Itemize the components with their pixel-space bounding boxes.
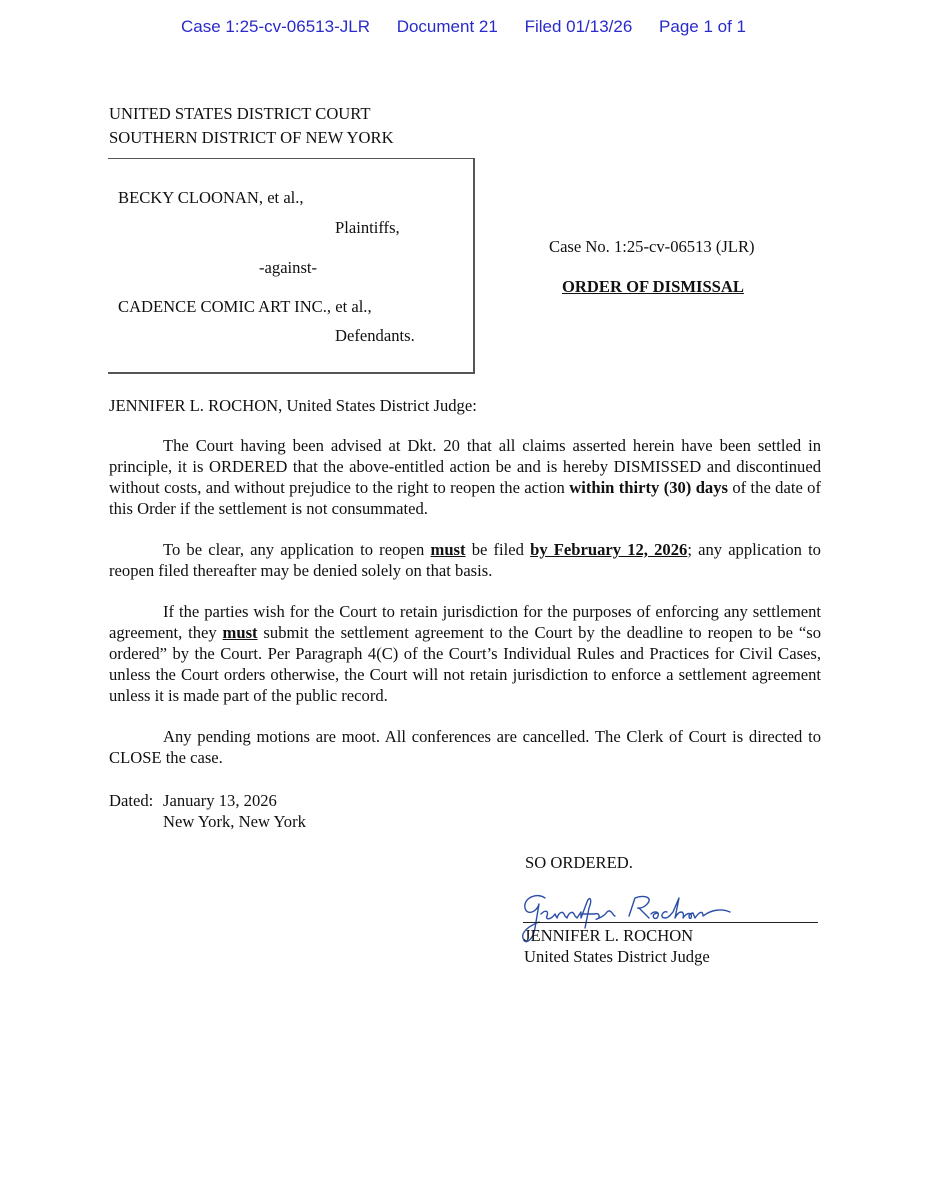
paragraph-reopen-deadline: To be clear, any application to reopen m…	[109, 539, 821, 581]
case-number: Case No. 1:25-cv-06513 (JLR)	[549, 236, 755, 257]
judge-name: JENNIFER L. ROCHON	[524, 925, 693, 946]
so-ordered: SO ORDERED.	[525, 852, 633, 873]
paragraph-closing: Any pending motions are moot. All confer…	[109, 726, 821, 768]
plaintiff-name: BECKY CLOONAN, et al.,	[118, 187, 304, 208]
judge-title: United States District Judge	[524, 946, 710, 967]
plaintiff-role: Plaintiffs,	[335, 217, 400, 238]
document-title: ORDER OF DISMISSAL	[562, 276, 744, 297]
document-number-header: Document 21	[397, 17, 498, 36]
caption-box-top-border	[108, 158, 475, 159]
must-emphasis: must	[223, 623, 258, 642]
paragraph-jurisdiction: If the parties wish for the Court to ret…	[109, 601, 821, 706]
defendant-role: Defendants.	[335, 325, 415, 346]
court-name-line1: UNITED STATES DISTRICT COURT	[109, 103, 371, 124]
filed-date-header: Filed 01/13/26	[525, 17, 633, 36]
dated-date: January 13, 2026	[163, 790, 277, 811]
page-count-header: Page 1 of 1	[659, 17, 746, 36]
caption-box-right-border	[473, 158, 475, 373]
paragraph-dismissal: The Court having been advised at Dkt. 20…	[109, 435, 821, 519]
deadline-emphasis: by February 12, 2026	[530, 540, 687, 559]
court-name-line2: SOUTHERN DISTRICT OF NEW YORK	[109, 127, 394, 148]
versus-label: -against-	[259, 257, 317, 278]
signature-line	[523, 922, 818, 923]
must-emphasis: must	[431, 540, 466, 559]
case-number-header: Case 1:25-cv-06513-JLR	[181, 17, 370, 36]
defendant-name: CADENCE COMIC ART INC., et al.,	[118, 296, 372, 317]
caption-box-bottom-border	[108, 372, 475, 374]
dated-label: Dated:	[109, 790, 153, 811]
ecf-filing-header: Case 1:25-cv-06513-JLR Document 21 Filed…	[0, 17, 927, 37]
thirty-days-emphasis: within thirty (30) days	[569, 478, 728, 497]
dated-place: New York, New York	[163, 811, 306, 832]
judge-intro: JENNIFER L. ROCHON, United States Distri…	[109, 395, 477, 416]
